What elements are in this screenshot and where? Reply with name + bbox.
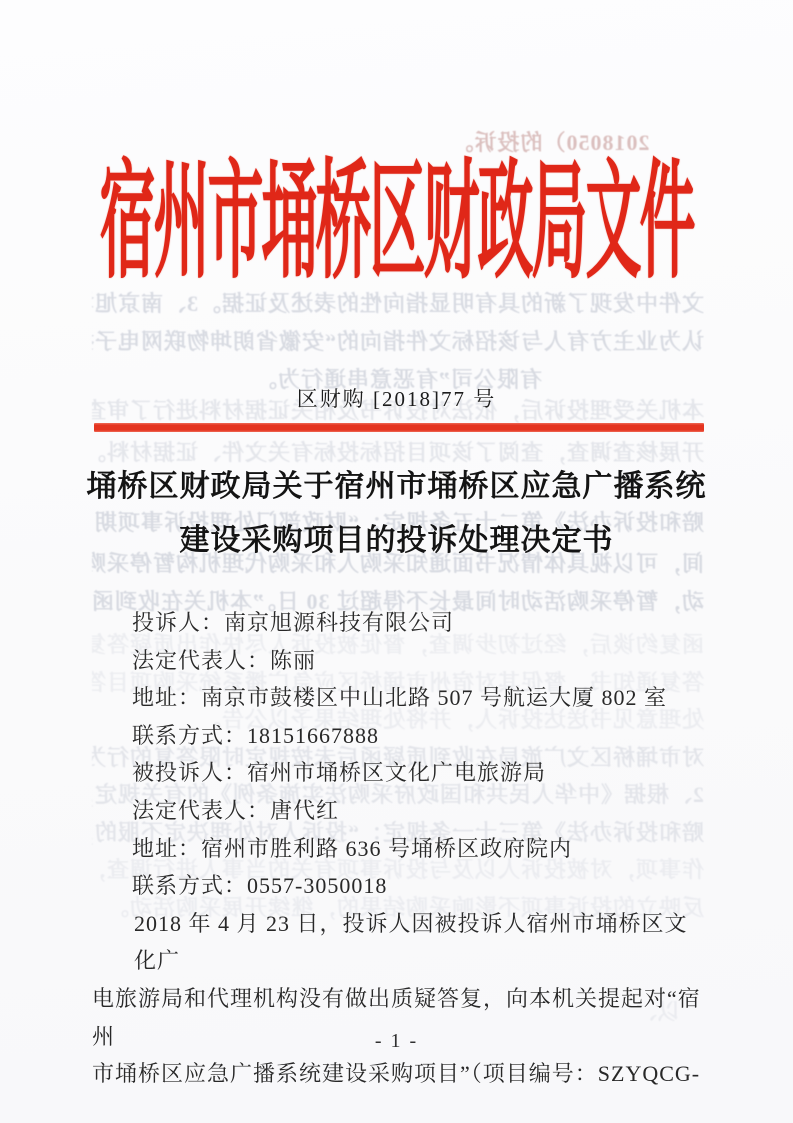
info-line-contact: 联系方式：18151667888 [92, 717, 706, 755]
info-line-address-2: 地址：宿州市胜利路 636 号埇桥区政府院内 [92, 830, 706, 868]
info-line-complainant: 投诉人：南京旭源科技有限公司 [92, 604, 706, 642]
document-title-line1: 埇桥区财政局关于宿州市埇桥区应急广播系统 [0, 460, 793, 514]
document-number: 区财购 [2018]77 号 [0, 383, 793, 413]
info-line-address: 地址：南京市鼓楼区中山北路 507 号航运大厦 802 室 [92, 679, 706, 717]
page-number: - 1 - [0, 1030, 793, 1053]
bleedthrough-text: 认为业主方有人与该招标文件指向的“安徽省朗坤物联网电子技术 [92, 325, 704, 356]
letterhead-banner: 宿州市埇桥区财政局文件 [0, 160, 793, 289]
info-line-legal-representative-2: 法定代表人：唐代红 [92, 792, 706, 830]
info-line-legal-representative: 法定代表人：陈丽 [92, 642, 706, 680]
info-line-respondent: 被投诉人：宿州市埇桥区文化广电旅游局 [92, 754, 706, 792]
document-title: 埇桥区财政局关于宿州市埇桥区应急广播系统 建设采购项目的投诉处理决定书 [0, 460, 793, 568]
scanned-document-page: 2018050）的投诉。 文件中发现了新的具有明显指向性的表述及证据。3、南京旭… [0, 0, 793, 1123]
document-title-line2: 建设采购项目的投诉处理决定书 [0, 514, 793, 568]
document-body: 投诉人：南京旭源科技有限公司 法定代表人：陈丽 地址：南京市鼓楼区中山北路 50… [92, 604, 706, 1093]
red-divider-rule [94, 423, 704, 432]
paragraph-line: 市埇桥区应急广播系统建设采购项目”（项目编号：SZYQCG- [92, 1055, 706, 1093]
paragraph-line: 2018 年 4 月 23 日，投诉人因被投诉人宿州市埇桥区文化广 [92, 905, 706, 980]
info-line-contact-2: 联系方式：0557-3050018 [92, 867, 706, 905]
